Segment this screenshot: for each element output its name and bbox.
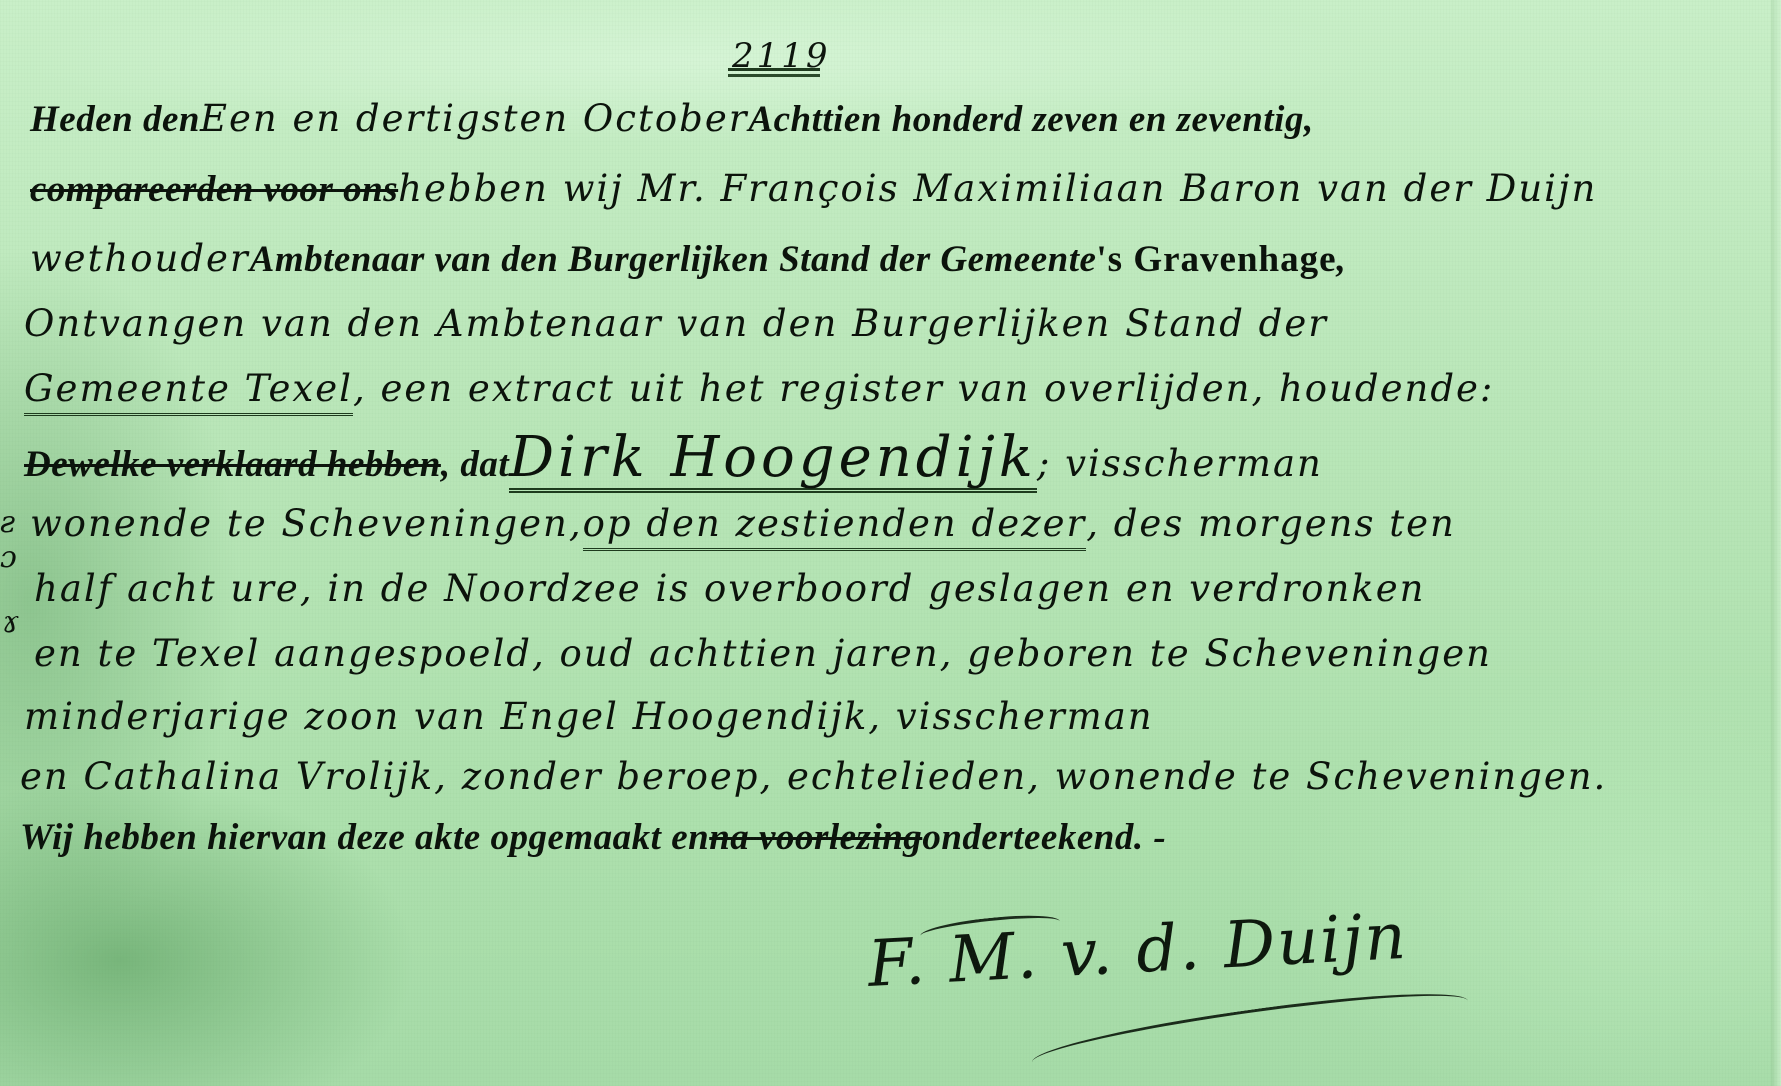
printed-text: Wij hebben hiervan deze akte opgemaakt e… <box>20 819 709 856</box>
page-edge <box>1771 0 1781 1086</box>
record-number-underline <box>728 68 820 71</box>
scanned-document-page: 2119 Heden den Een en dertigsten October… <box>0 0 1781 1086</box>
struck-text: na voorlezing <box>709 819 922 856</box>
text-line-4: Ontvangen van den Ambtenaar van den Burg… <box>24 305 1328 342</box>
handwritten-text: en Cathalina Vrolijk, zonder beroep, ech… <box>20 758 1607 795</box>
signature-flourish <box>1029 980 1471 1084</box>
text-line-9: en te Texel aangespoeld, oud achttien ja… <box>34 635 1492 672</box>
margin-mark: ɔ <box>0 540 17 575</box>
handwritten-text: hebben wij Mr. François Maximiliaan Baro… <box>398 170 1597 207</box>
text-line-7: wonende te Scheveningen, op den zestiend… <box>30 505 1456 551</box>
struck-text: Dewelke verklaard hebben <box>24 446 441 483</box>
margin-mark: ɤ <box>2 605 19 640</box>
printed-municipality: 's Gravenhage <box>1096 241 1336 278</box>
handwritten-date: Een en dertigsten October <box>200 100 748 137</box>
text-line-12: Wij hebben hiervan deze akte opgemaakt e… <box>20 818 1166 856</box>
underlined-date: op den zestienden dezer <box>583 505 1087 551</box>
printed-text: Achttien honderd zeven en zeventig, <box>748 101 1313 138</box>
handwritten-text: minderjarige zoon van Engel Hoogendijk, … <box>24 698 1154 735</box>
deceased-name: Dirk Hoogendijk <box>509 430 1037 493</box>
handwritten-occupation: ; visscherman <box>1037 445 1323 482</box>
printed-text: onderteekend. - <box>922 819 1166 856</box>
text-line-2: compareerden voor ons hebben wij Mr. Fra… <box>30 170 1597 208</box>
handwritten-text: en te Texel aangespoeld, oud achttien ja… <box>34 635 1492 672</box>
handwritten-text: wethouder <box>30 240 250 277</box>
text-line-11: en Cathalina Vrolijk, zonder beroep, ech… <box>20 758 1607 795</box>
printed-text: Ambtenaar van den Burgerlijken Stand der… <box>250 241 1097 278</box>
handwritten-text: , des morgens ten <box>1086 505 1456 542</box>
printed-text: Heden den <box>30 101 200 138</box>
printed-text: , <box>1337 241 1347 278</box>
text-line-5: Gemeente Texel, een extract uit het regi… <box>24 370 1494 416</box>
handwritten-text: wonende te Scheveningen, <box>30 505 583 542</box>
struck-text: compareerden voor ons <box>30 171 398 208</box>
text-line-10: minderjarige zoon van Engel Hoogendijk, … <box>24 698 1154 735</box>
text-line-6: Dewelke verklaard hebben, dat Dirk Hooge… <box>24 430 1323 493</box>
text-line-8: half acht ure, in de Noordzee is overboo… <box>34 570 1425 607</box>
handwritten-text: Ontvangen van den Ambtenaar van den Burg… <box>24 305 1328 342</box>
official-signature: F. M. v. d. Duijn <box>866 900 1409 1002</box>
text-line-3: wethouder Ambtenaar van den Burgerlijken… <box>30 240 1346 278</box>
handwritten-text: half acht ure, in de Noordzee is overboo… <box>34 570 1425 607</box>
text-line-1: Heden den Een en dertigsten October Acht… <box>30 100 1314 138</box>
underlined-municipality: Gemeente Texel <box>24 370 353 416</box>
printed-text: , dat <box>441 446 509 483</box>
handwritten-text: , een extract uit het register van overl… <box>353 370 1494 407</box>
margin-mark: ƨ <box>0 505 15 540</box>
